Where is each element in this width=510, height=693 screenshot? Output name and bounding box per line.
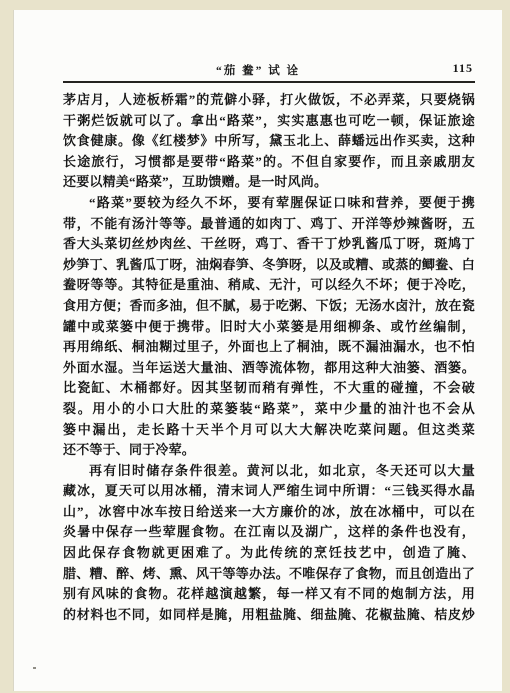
running-title: “茄 鲞” 试 诠 [216, 62, 300, 78]
text-line: 裂。用小的小口大肚的菜篓装“路菜”，菜中少量的油汁也不会从 [63, 399, 475, 420]
text-line: 香大头菜切丝炒肉丝、干丝呀，鸡丁、香干丁炒乳酱瓜丁呀，斑鸠丁 [63, 234, 475, 255]
text-line: 长途旅行，习惯都是要带“路菜”的。不但自家要作，而且亲戚朋友 [63, 152, 475, 173]
scan-background: “茄 鲞” 试 诠 115 茅店月，人迹板桥霜”的荒僻小驿，打火做饭，不必弄菜，… [0, 0, 510, 693]
text-line: 腊、糟、醉、烤、熏、风干等等办法。不唯保存了食物，而且创造出了 [63, 564, 475, 585]
text-line: “路菜”要较为经久不坏，要有荤腥保证口味和营养，要便于携 [63, 193, 475, 214]
text-line: 外面水湿。当年运送大量油、酒等流体物，都用这种大油篓、酒篓。 [63, 358, 475, 379]
text-line: 比瓷缸、木桶都好。因其坚韧而稍有弹性，不大重的碰撞，不会破 [63, 378, 475, 399]
text-line: 鲞呀等等。其特征是重油、稍咸、无汁，可以经久不坏；便于冷吃， [63, 275, 475, 296]
text-line: 饮食健康。像《红楼梦》中所写，黛玉北上、薛蟠远出作买卖，这种 [63, 131, 475, 152]
text-line: 别有风味的食物。花样越演越繁，每一样又有不同的炮制方法，用 [63, 584, 475, 605]
text-line: 因此保存食物就更困难了。为此传统的烹饪技艺中，创造了腌、 [63, 543, 475, 564]
text-line: 罐中或菜篓中便于携带。旧时大小菜篓是用细柳条、或竹丝编制， [63, 317, 475, 338]
scan-page: “茄 鲞” 试 诠 115 茅店月，人迹板桥霜”的荒僻小驿，打火做饭，不必弄菜，… [13, 10, 502, 691]
text-line: 篓中漏出，走长路十天半个月可以大大解决吃菜问题。但这类菜 [63, 420, 475, 441]
scan-speck [33, 667, 36, 669]
text-line: 带，不能有汤汁等等。最普通的如肉丁、鸡丁、开洋等炒辣酱呀，五 [63, 214, 475, 235]
page-number: 115 [453, 61, 473, 76]
text-line: 茅店月，人迹板桥霜”的荒僻小驿，打火做饭，不必弄菜，只要烧锅 [63, 90, 475, 111]
text-line: 干粥烂饭就可以了。拿出“路菜”，实实惠惠也可吃一顿，保证旅途 [63, 111, 475, 132]
text-line: 还不等于、同于冷荤。 [63, 440, 475, 461]
page-header: “茄 鲞” 试 诠 115 [63, 60, 475, 80]
text-line: 再用绵纸、桐油糊过里子，外面也上了桐油，既不漏油漏水，也不怕 [63, 337, 475, 358]
text-block: 茅店月，人迹板桥霜”的荒僻小驿，打火做饭，不必弄菜，只要烧锅干粥烂饭就可以了。拿… [63, 90, 475, 625]
text-line: 再有旧时储存条件很差。黄河以北，如北京，冬天还可以大量 [63, 461, 475, 482]
text-line: 炎暑中保存一些荤腥食物。在江南以及湖广，这样的条件也没有， [63, 522, 475, 543]
text-line: 的材料也不同，如同样是腌，用粗盐腌、细盐腌、花椒盐腌、桔皮炒 [63, 605, 475, 626]
text-line: 山”，冰窖中冰车按日给送来一大方廉价的冰，放在冰桶中，可以在 [63, 502, 475, 523]
text-line: 食用方便；香而多油，但不腻，易于吃粥、下饭；无汤水卤汁，放在瓷 [63, 296, 475, 317]
text-line: 藏冰，夏天可以用冰桶，清末词人严缩生词中所谓：“三钱买得水晶 [63, 481, 475, 502]
text-line: 炒笋丁、乳酱瓜丁呀，油焖春笋、冬笋呀，以及或糟、或蒸的鲫鲞、白 [63, 255, 475, 276]
header-rule [63, 81, 475, 83]
text-line: 还要以精美“路菜”，互助馈赠。是一时风尚。 [63, 172, 475, 193]
